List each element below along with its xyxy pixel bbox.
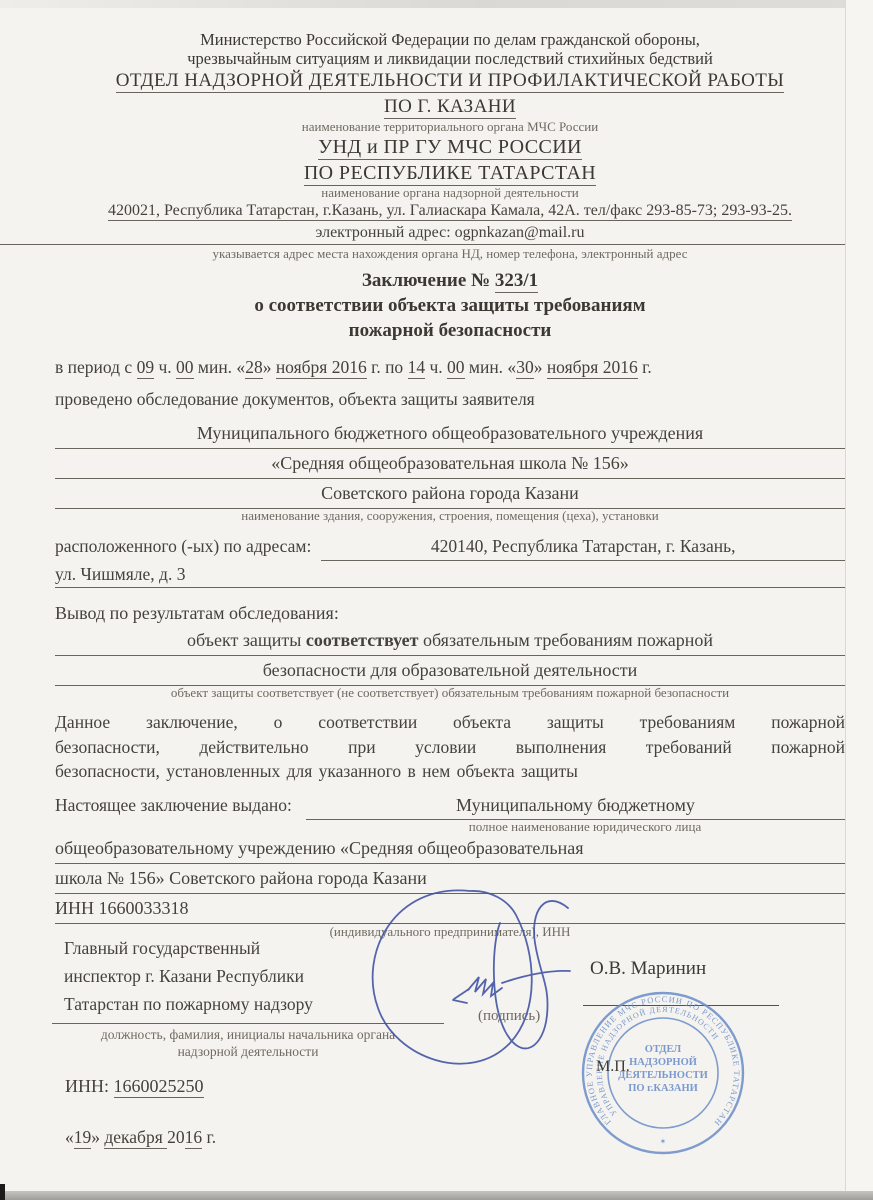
validity-line-1: Данное заключение, о соответствии объект… [55,710,845,735]
department-line-1: ОТДЕЛ НАДЗОРНОЙ ДЕЯТЕЛЬНОСТИ И ПРОФИЛАКТ… [116,70,785,93]
footer-date: «19» декабря 2016 г. [65,1127,216,1148]
footer-inn-row: ИНН: 1660025250 [65,1076,204,1097]
result-verdict: соответствует [306,630,419,650]
mp-label: М.П. [596,1058,630,1076]
title-line-1: Заключение № 323/1 [55,268,845,293]
stamp-center-line-3: ДЕЯТЕЛЬНОСТИ [618,1070,708,1081]
org-line-2: ПО РЕСПУБЛИКЕ ТАТАРСТАН [304,162,596,186]
location-value-line-2: ул. Чишмяле, д. 3 [55,561,845,588]
title-line-2: о соответствии объекта защиты требования… [55,293,845,318]
caption-address: указывается адрес места нахождения орган… [55,245,845,262]
object-name-line-2: «Средняя общеобразовательная школа № 156… [55,449,845,479]
caption-object: наименование здания, сооружения, строени… [55,509,845,523]
conclusion-heading: Вывод по результатам обследования: [55,600,845,626]
scan-artifact-right-strip [846,0,873,1200]
location-label: расположенного (-ых) по адресам: [55,533,321,561]
location-row: расположенного (-ых) по адресам: 420140,… [55,533,845,561]
title-label: Заключение № [362,270,495,291]
validity-line-3: безопасности, установленных для указанно… [55,759,845,784]
location-value-line-1: 420140, Республика Татарстан, г. Казань, [321,533,845,561]
conclusion-number: 323/1 [495,270,538,293]
conclusion-result-line-2: безопасности для образовательной деятель… [55,656,845,686]
issued-label: Настоящее заключение выдано: [55,792,306,820]
result-pre: объект защиты [187,630,306,650]
footer-inn-value: 1660025250 [114,1076,204,1098]
object-block: Муниципального бюджетного общеобразовате… [55,419,845,523]
caption-result: объект защиты соответствует (не соответс… [55,686,845,700]
validity-line-2: безопасности, действительно при условии … [55,735,845,760]
document-title: Заключение № 323/1 о соответствии объект… [55,268,845,343]
survey-statement: проведено обследование документов, объек… [55,387,845,411]
stamp-center-line-2: НАДЗОРНОЙ [629,1056,697,1068]
ministry-line-1: Министерство Российской Федерации по дел… [55,30,845,49]
issued-value-line-2: общеобразовательному учреждению «Средняя… [55,834,845,864]
title-line-3: пожарной безопасности [55,318,845,343]
signer-name: О.В. Маринин [590,958,706,980]
caption-territorial-org: наименование территориального органа МЧС… [55,120,845,134]
scan-artifact-top-edge [0,0,873,8]
stamp-center-line-1: ОТДЕЛ [645,1044,682,1055]
inspection-period: в период с 09 ч. 00 мин. «28» ноября 201… [55,355,845,379]
scan-artifact-bottom-edge [0,1191,873,1200]
org-line-1: УНД и ПР ГУ МЧС РОССИИ [318,136,582,160]
caption-signature: (подпись) [478,1008,540,1025]
scan-artifact-fold-line [845,0,846,1200]
signature-ink [340,883,580,1093]
caption-entity: полное наименование юридического лица [335,820,835,834]
object-name-line-3: Советского района города Казани [55,479,845,509]
issued-row: Настоящее заключение выдано: Муниципальн… [55,792,845,820]
validity-paragraph: Данное заключение, о соответствии объект… [55,710,845,784]
conclusion-result-line-1: объект защиты соответствует обязательным… [55,626,845,656]
stamp-separator-star: ✶ [660,1137,667,1146]
object-name-line-1: Муниципального бюджетного общеобразовате… [55,419,845,449]
document-header: Министерство Российской Федерации по дел… [55,30,845,262]
scanned-document-page: Министерство Российской Федерации по дел… [0,0,873,1200]
issued-value-line-1: Муниципальному бюджетному [306,792,845,820]
department-line-2: ПО Г. КАЗАНИ [384,96,516,119]
stamp-center-line-4: ПО г.КАЗАНИ [628,1083,698,1094]
caption-org: наименование органа надзорной деятельнос… [55,186,845,200]
org-email: электронный адрес: ogpnkazan@mail.ru [0,222,873,245]
footer-inn-label: ИНН: [65,1076,114,1096]
document-content: Министерство Российской Федерации по дел… [0,0,873,939]
result-post: обязательным требованиям пожарной [418,630,713,650]
ministry-line-2: чрезвычайным ситуациям и ликвидации посл… [55,49,845,68]
scan-artifact-corner-notch [0,1184,5,1200]
org-address: 420021, Республика Татарстан, г.Казань, … [108,202,792,221]
